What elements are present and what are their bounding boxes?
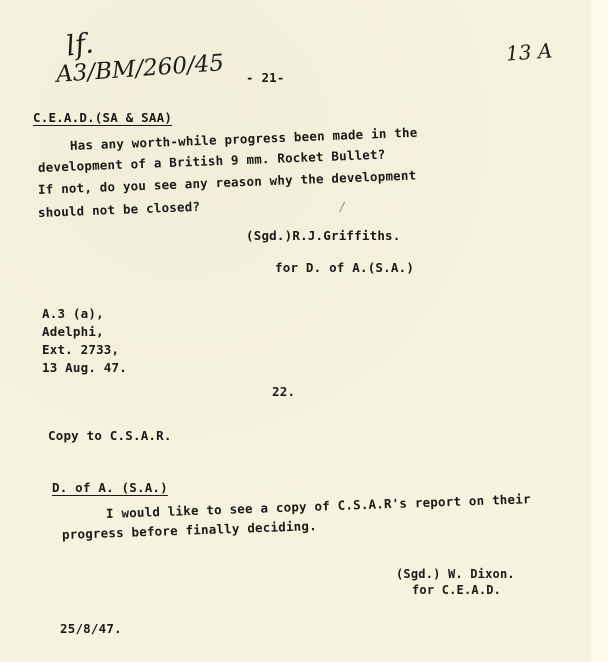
sender-line: Adelphi, bbox=[42, 324, 104, 339]
handwritten-folio-number: 13 A bbox=[505, 38, 553, 65]
sender-line: A.3 (a), bbox=[42, 306, 104, 321]
copy-to-line: Copy to C.S.A.R. bbox=[48, 428, 172, 443]
minute-number-22: 22. bbox=[272, 384, 295, 399]
minute-number-21: - 21- bbox=[246, 70, 285, 85]
pen-mark: / bbox=[340, 200, 344, 214]
document-page: lf. A3/BM/260/45 13 A - 21- C.E.A.D.(SA … bbox=[0, 0, 608, 662]
minute-22-addressee: D. of A. (S.A.) bbox=[52, 480, 168, 495]
minute-21-signature-for: for D. of A.(S.A.) bbox=[275, 260, 414, 275]
minute-21-addressee: C.E.A.D.(SA & SAA) bbox=[33, 110, 172, 125]
sender-line: Ext. 2733, bbox=[42, 342, 119, 357]
body-line: I would like to see a copy of C.S.A.R's … bbox=[106, 491, 531, 521]
minute-22-signature: (Sgd.) W. Dixon. bbox=[396, 567, 515, 581]
sender-line: 13 Aug. 47. bbox=[42, 360, 127, 375]
minute-22-date: 25/8/47. bbox=[60, 621, 122, 636]
minute-22-signature-for: for C.E.A.D. bbox=[412, 583, 501, 597]
body-line: should not be closed? bbox=[38, 199, 201, 220]
body-line: progress before finally deciding. bbox=[62, 518, 317, 542]
handwritten-ref-prefix: lf. bbox=[64, 26, 96, 62]
minute-21-signature: (Sgd.)R.J.Griffiths. bbox=[246, 228, 401, 243]
